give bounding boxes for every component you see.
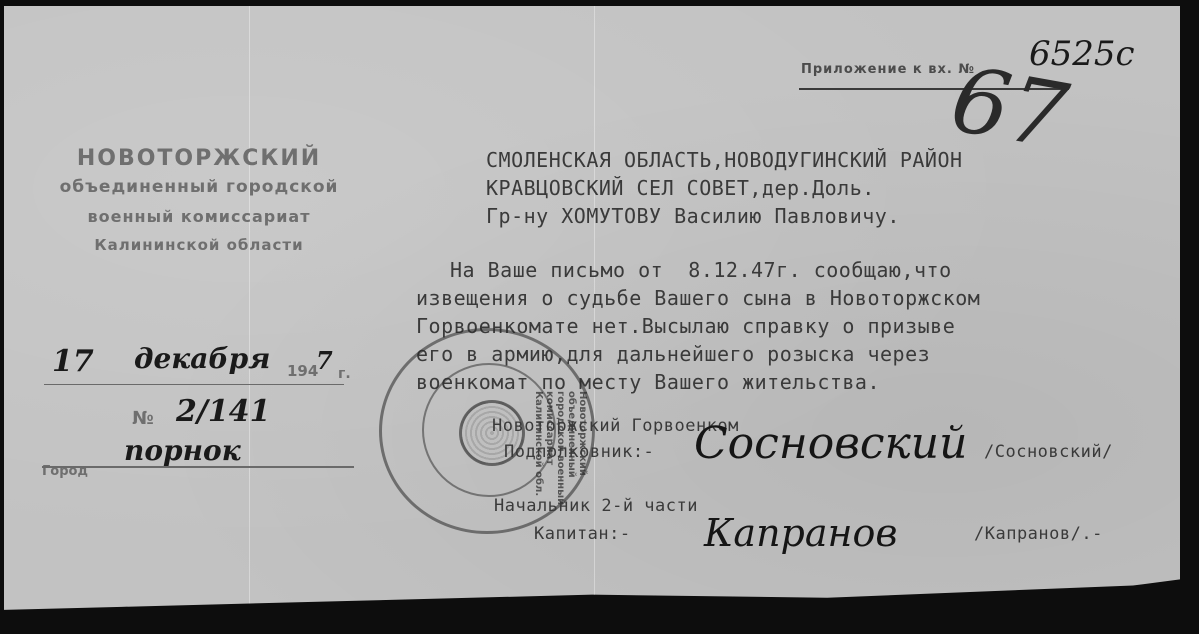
stamp-line-2: объединенный городской xyxy=(34,177,364,197)
chief-signature: Капранов xyxy=(704,511,898,555)
place-underline xyxy=(42,466,354,468)
commissar-signature: Сосновский xyxy=(694,418,967,469)
body-line-1: На Ваше письмо от 8.12.47г. сообщаю,что xyxy=(450,258,952,282)
stamp-line-4: Калининской области xyxy=(34,236,364,254)
stamp-line-1: НОВОТОРЖСКИЙ xyxy=(34,146,364,171)
attachment-stamp: Приложение к вх. № xyxy=(801,62,975,77)
body-line-2: извещения о судьбе Вашего сына в Новотор… xyxy=(416,286,980,310)
number-label: № xyxy=(132,408,154,429)
document-paper: НОВОТОРЖСКИЙ объединенный городской воен… xyxy=(4,6,1180,616)
addressee-line-1: СМОЛЕНСКАЯ ОБЛАСТЬ,НОВОДУГИНСКИЙ РАЙОН xyxy=(486,148,963,172)
date-suffix: г. xyxy=(338,366,351,382)
chief-title: Начальник 2-й части xyxy=(494,496,698,516)
commissar-rank: Подполковник:- xyxy=(504,442,654,462)
date-day: 17 xyxy=(52,344,94,379)
header-stamp: НОВОТОРЖСКИЙ объединенный городской воен… xyxy=(34,146,364,254)
addressee-line-3: Гр-ну ХОМУТОВУ Василию Павловичу. xyxy=(486,204,900,228)
addressee-line-2: КРАВЦОВСКИЙ СЕЛ СОВЕТ,дер.Доль. xyxy=(486,176,875,200)
commissar-name: /Сосновский/ xyxy=(984,442,1113,462)
chief-name: /Капранов/.- xyxy=(974,524,1103,544)
chief-rank: Капитан:- xyxy=(534,524,631,544)
date-month: декабря xyxy=(134,342,270,375)
handwritten-note: порнок xyxy=(124,434,241,467)
number-value: 2/141 xyxy=(176,394,270,429)
date-year-suffix: 7 xyxy=(316,346,333,375)
registry-mark: 67 xyxy=(944,47,1075,170)
fold-line xyxy=(249,6,250,616)
stamp-line-3: военный комиссариат xyxy=(34,207,364,226)
date-underline xyxy=(44,384,344,385)
date-year-prefix: 194 xyxy=(287,362,318,380)
